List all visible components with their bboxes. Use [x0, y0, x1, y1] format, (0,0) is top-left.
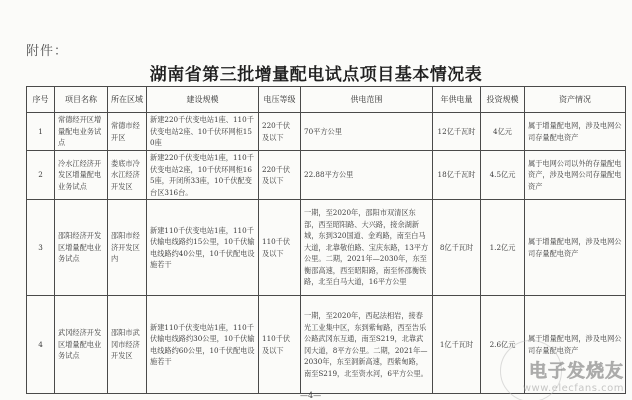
cell-annual-power: 1亿千瓦时 — [433, 296, 481, 394]
cell-no: 4 — [27, 296, 55, 394]
header-no: 序号 — [27, 87, 55, 113]
cell-voltage: 220千伏及以下 — [259, 113, 301, 151]
table-row: 2 冷水江经济开发区增量配电业务试点 娄底市冷水江经济开发区 新建220千伏变电… — [27, 151, 626, 200]
cell-assets: 属于增量配电网，涉及电网公司存量配电资产 — [525, 113, 626, 151]
watermark-url: www.elecfans.com — [523, 383, 624, 394]
cell-voltage: 220千伏及以下 — [259, 151, 301, 200]
cell-region: 邵阳市武冈市经济开发区 — [108, 296, 147, 394]
table-row: 3 邵阳经济开发区增量配电业务试点 邵阳市经济开发区内 新建110千伏变电站1座… — [27, 200, 626, 296]
cell-annual-power: 12亿千瓦时 — [433, 113, 481, 151]
cell-scope: 70平方公里 — [301, 113, 433, 151]
header-investment: 投资规模 — [481, 87, 525, 113]
cell-annual-power: 18亿千瓦时 — [433, 151, 481, 200]
watermark: 电子发烧友 www.elecfans.com — [523, 357, 624, 394]
cell-investment: 4亿元 — [481, 113, 525, 151]
cell-no: 2 — [27, 151, 55, 200]
cell-investment: 1.2亿元 — [481, 200, 525, 296]
cell-name: 邵阳经济开发区增量配电业务试点 — [55, 200, 108, 296]
cell-scale: 新建110千伏变电站1座，110千伏输电线路约30公里，10千伏输电线路约60公… — [147, 296, 259, 394]
cell-name: 武冈经济开发区增量配电业务试点 — [55, 296, 108, 394]
cell-scale: 新建220千伏变电站1座，110千伏变电站2座，10千伏环网柜165座，开闭所3… — [147, 151, 259, 200]
table-header-row: 序号 项目名称 所在区域 建设规模 电压等级 供电范围 年供电量 投资规模 资产… — [27, 87, 626, 113]
cell-voltage: 110千伏及以下 — [259, 296, 301, 394]
cell-no: 1 — [27, 113, 55, 151]
cell-no: 3 — [27, 200, 55, 296]
cell-scope: 一期，至2020年，邵阳市双清区东部，西至昭阳路、大兴路，接余湖新城，东到320… — [301, 200, 433, 296]
cell-assets: 属于增量配电网，涉及电网公司存量配电资产 — [525, 200, 626, 296]
cell-investment: 4.5亿元 — [481, 151, 525, 200]
document-title: 湖南省第三批增量配电试点项目基本情况表 — [0, 60, 632, 85]
cell-region: 常德市经开区 — [108, 113, 147, 151]
header-name: 项目名称 — [55, 87, 108, 113]
attachment-label: 附件： — [26, 40, 68, 59]
header-assets: 资产情况 — [525, 87, 626, 113]
cell-region: 娄底市冷水江经济开发区 — [108, 151, 147, 200]
cell-scope: 一期，至2020年，西起法相岩，接春光工业集中区，东到紫甸路，西至告乐公路武冈东… — [301, 296, 433, 394]
header-annual-power: 年供电量 — [433, 87, 481, 113]
cell-name: 常德经开区增量配电业务试点 — [55, 113, 108, 151]
header-voltage: 电压等级 — [259, 87, 301, 113]
header-region: 所在区域 — [108, 87, 147, 113]
cell-name: 冷水江经济开发区增量配电业务试点 — [55, 151, 108, 200]
page-number: —4— — [300, 391, 321, 400]
cell-scope: 22.88平方公里 — [301, 151, 433, 200]
header-scope: 供电范围 — [301, 87, 433, 113]
cell-voltage: 110千伏及以下 — [259, 200, 301, 296]
watermark-name: 电子发烧友 — [523, 357, 624, 383]
cell-annual-power: 8亿千瓦时 — [433, 200, 481, 296]
cell-scale: 新建220千伏变电站1座、110千伏变电站2座、10千伏环网柜150座 — [147, 113, 259, 151]
header-scale: 建设规模 — [147, 87, 259, 113]
cell-scale: 新建110千伏变电站1座，110千伏输电线路约15公里，10千伏输电线路约40公… — [147, 200, 259, 296]
cell-region: 邵阳市经济开发区内 — [108, 200, 147, 296]
table-row: 1 常德经开区增量配电业务试点 常德市经开区 新建220千伏变电站1座、110千… — [27, 113, 626, 151]
cell-assets: 属于电网公司以外的存量配电资产，涉及电网公司存量配电资产 — [525, 151, 626, 200]
